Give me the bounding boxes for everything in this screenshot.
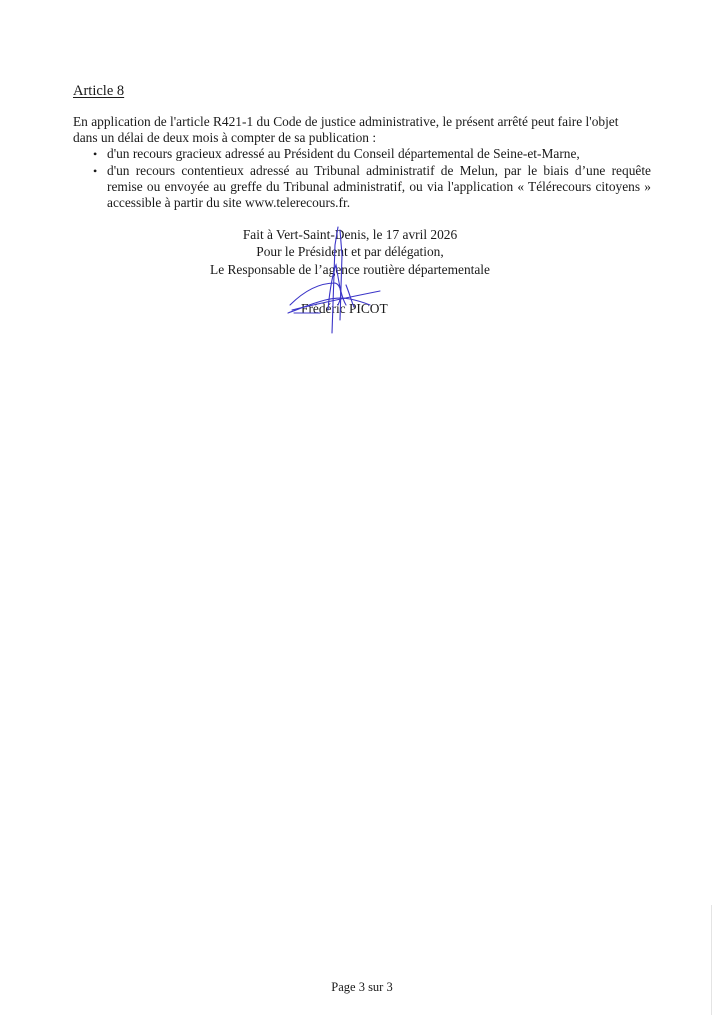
handwritten-signature-icon: [280, 225, 400, 335]
intro-line-2: dans un délai de deux mois à compter de …: [73, 130, 651, 146]
list-item: d'un recours gracieux adressé au Préside…: [73, 146, 651, 162]
list-item: d'un recours contentieux adressé au Trib…: [73, 163, 651, 212]
recourse-list: d'un recours gracieux adressé au Préside…: [73, 146, 651, 211]
article-body: En application de l'article R421-1 du Co…: [73, 114, 651, 211]
article-heading: Article 8: [73, 83, 124, 100]
scan-edge-line: [711, 905, 712, 1015]
page-number: Page 3 sur 3: [0, 980, 724, 995]
intro-line-1: En application de l'article R421-1 du Co…: [73, 114, 651, 130]
